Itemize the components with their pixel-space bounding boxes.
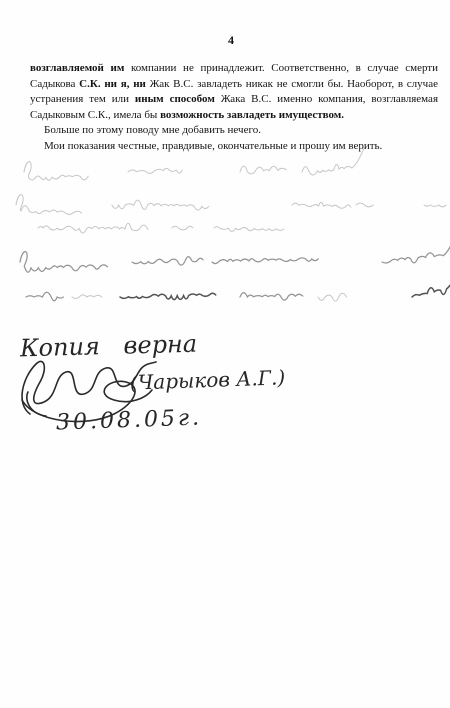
faint-handwriting-stroke: [318, 293, 346, 301]
faint-handwriting-stroke: [112, 200, 209, 210]
faint-handwriting-stroke: [412, 269, 450, 297]
certifier-name-text: (Чарыков А.Г.): [130, 365, 286, 394]
faint-handwriting-stroke: [26, 292, 63, 301]
faint-handwriting-stroke: [16, 195, 82, 215]
emphasis-text: возможность завладеть имуществом.: [160, 109, 344, 121]
faint-handwriting-stroke: [240, 293, 303, 301]
faint-handwriting-stroke: [212, 258, 318, 264]
closing-line-1: Больше по этому поводу мне добавить нече…: [30, 123, 438, 139]
closing-line-2: Мои показания честные, правдивые, оконча…: [30, 139, 438, 155]
faint-handwriting-stroke: [172, 226, 193, 230]
emphasis-text: иным способом: [135, 93, 215, 105]
faint-handwriting-stroke: [120, 293, 216, 299]
statement-paragraph: возглавляемой им компании не принадлежит…: [30, 61, 438, 123]
faint-handwriting-stroke: [128, 168, 182, 173]
typed-text-block: возглавляемой им компании не принадлежит…: [30, 61, 438, 154]
handwritten-date: 30.08.05г.: [56, 405, 203, 435]
faint-handwriting-stroke: [292, 202, 351, 208]
faint-handwriting-stroke: [38, 223, 148, 233]
faint-handwriting-stroke: [24, 162, 88, 181]
faint-handwriting-stroke: [20, 252, 108, 273]
page-number: 4: [0, 33, 450, 48]
copy-certification-text: Копия верна: [20, 330, 198, 363]
faint-handwriting-stroke: [72, 295, 102, 299]
scanned-document-page: 4 возглавляемой им компании не принадлеж…: [0, 0, 450, 708]
faint-handwriting-stroke: [356, 203, 373, 207]
faint-handwriting-stroke: [240, 166, 286, 174]
faint-handwriting-stroke: [382, 236, 450, 263]
faint-handwriting-stroke: [424, 205, 446, 207]
faint-handwriting-stroke: [132, 257, 203, 265]
emphasis-text: возглавляемой им: [30, 62, 124, 74]
faint-handwriting-stroke: [214, 227, 284, 232]
emphasis-text: С.К. ни я, ни: [79, 78, 146, 90]
